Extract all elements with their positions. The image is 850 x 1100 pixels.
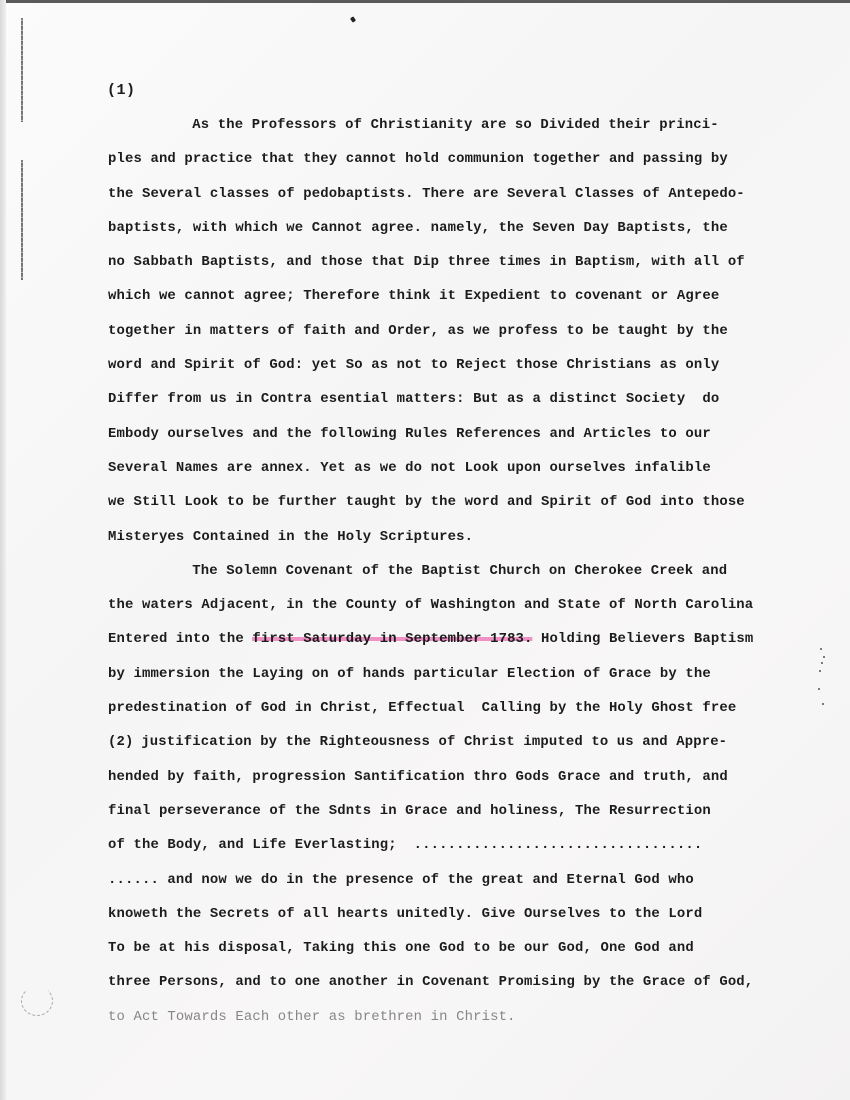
text-line: The Solemn Covenant of the Baptist Churc…: [108, 554, 774, 588]
text-line: no Sabbath Baptists, and those that Dip …: [108, 245, 774, 279]
text-line: Entered into the first Saturday in Septe…: [108, 622, 774, 656]
margin-rule-line: [21, 18, 23, 122]
text-line: predestination of God in Christ, Effectu…: [108, 691, 774, 725]
text-line: Misteryes Contained in the Holy Scriptur…: [108, 520, 774, 554]
text-line: ples and practice that they cannot hold …: [108, 142, 774, 176]
text-line: by immersion the Laying on of hands part…: [108, 657, 774, 691]
scan-left-shadow: [0, 0, 6, 1100]
text-segment: justification by the Righteousness of Ch…: [141, 734, 727, 750]
ink-speck: [350, 16, 356, 22]
text-line: which we cannot agree; Therefore think i…: [108, 279, 774, 313]
text-line: we Still Look to be further taught by th…: [108, 485, 774, 519]
text-line: Differ from us in Contra esential matter…: [108, 382, 774, 416]
text-segment: Holding Believers Baptism: [533, 631, 754, 647]
text-line: baptists, with which we Cannot agree. na…: [108, 211, 774, 245]
text-line: three Persons, and to one another in Cov…: [108, 965, 774, 999]
text-line-faded: to Act Towards Each other as brethren in…: [108, 1000, 774, 1034]
text-line: hended by faith, progression Santificati…: [108, 760, 774, 794]
text-line: of the Body, and Life Everlasting; .....…: [108, 828, 774, 862]
scanned-page: (1) As the Professors of Christianity ar…: [0, 0, 850, 1100]
document-body: As the Professors of Christianity are so…: [108, 108, 788, 1034]
text-line: knoweth the Secrets of all hearts united…: [108, 897, 774, 931]
text-line: word and Spirit of God: yet So as not to…: [108, 348, 774, 382]
scan-top-edge: [0, 0, 850, 3]
text-line: Several Names are annex. Yet as we do no…: [108, 451, 774, 485]
text-line: final perseverance of the Sdnts in Grace…: [108, 794, 774, 828]
text-line: (2)justification by the Righteousness of…: [108, 725, 774, 759]
margin-specks: [808, 648, 828, 708]
text-line: the waters Adjacent, in the County of Wa…: [108, 588, 774, 622]
text-line: Embody ourselves and the following Rules…: [108, 417, 774, 451]
text-line: the Several classes of pedobaptists. The…: [108, 177, 774, 211]
page-number-marker: (1): [107, 82, 136, 99]
text-line: To be at his disposal, Taking this one G…: [108, 931, 774, 965]
text-line: As the Professors of Christianity are so…: [108, 108, 774, 142]
text-line: together in matters of faith and Order, …: [108, 314, 774, 348]
punch-hole-mark: [21, 986, 53, 1016]
highlighted-date: first Saturday in September 1783.: [252, 631, 532, 647]
covenant-paragraph: The Solemn Covenant of the Baptist Churc…: [108, 554, 788, 1034]
page-number-marker-inline: (2): [108, 725, 141, 759]
margin-rule-line: [21, 160, 23, 280]
text-segment: Entered into the: [108, 631, 252, 647]
text-line: ...... and now we do in the presence of …: [108, 863, 774, 897]
preamble-paragraph: As the Professors of Christianity are so…: [108, 108, 788, 554]
